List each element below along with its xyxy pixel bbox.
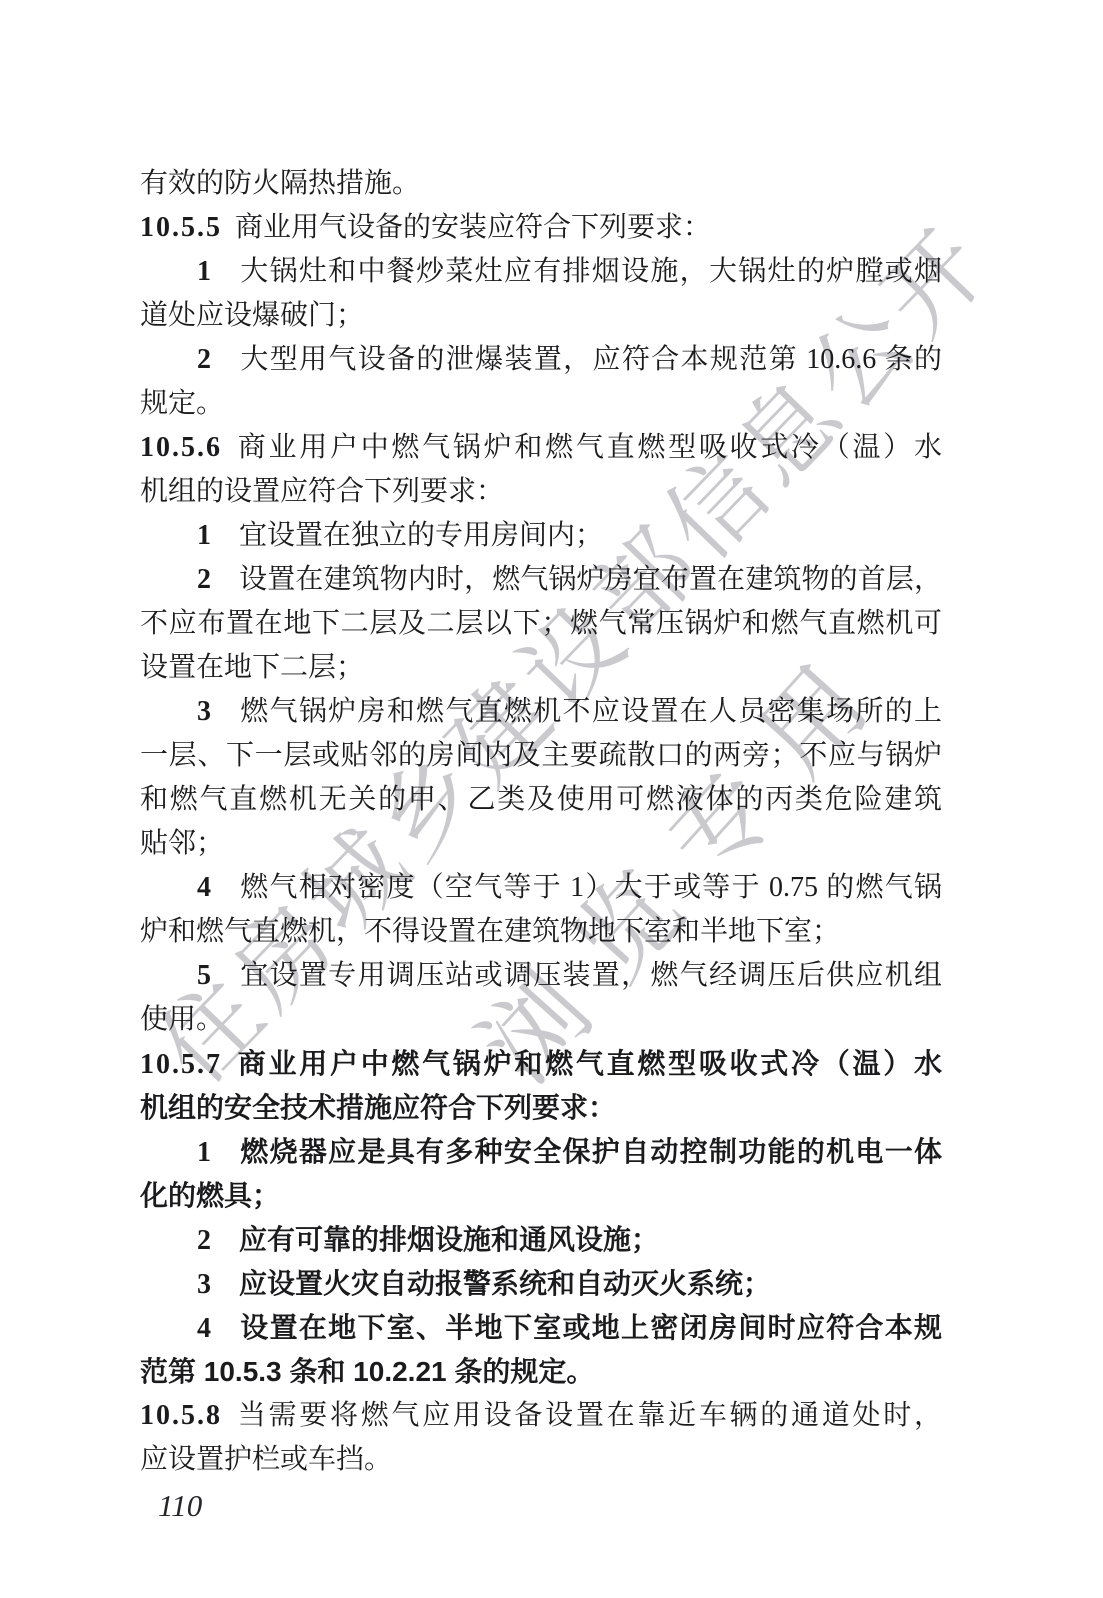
clause-text: 不应布置在地下二层及二层以下；燃气常压锅炉和燃气直燃机可 bbox=[140, 608, 942, 639]
text-line-13: 3燃气锅炉房和燃气直燃机不应设置在人员密集场所的上 bbox=[140, 690, 942, 734]
clause-text: 商业用气设备的安装应符合下列要求： bbox=[235, 212, 711, 243]
clause-number: 10.5.6 bbox=[140, 432, 222, 463]
clause-number: 4 bbox=[197, 872, 213, 903]
clause-number: 1 bbox=[197, 1137, 213, 1168]
text-line-6: 规定。 bbox=[140, 382, 942, 426]
clause-number: 10.5.5 bbox=[140, 212, 222, 243]
text-line-12: 设置在地下二层； bbox=[140, 646, 942, 690]
clause-text: 一层、下一层或贴邻的房间内及主要疏散口的两旁；不应与锅炉 bbox=[140, 740, 942, 771]
text-line-4: 道处应设爆破门； bbox=[140, 294, 942, 338]
clause-text: 和燃气直燃机无关的甲、乙类及使用可燃液体的丙类危险建筑 bbox=[140, 784, 942, 815]
clause-text: 设置在地下二层； bbox=[140, 652, 364, 683]
clause-number: 5 bbox=[197, 960, 213, 991]
text-line-5: 2大型用气设备的泄爆装置，应符合本规范第 10.6.6 条的 bbox=[140, 338, 942, 382]
text-line-11: 不应布置在地下二层及二层以下；燃气常压锅炉和燃气直燃机可 bbox=[140, 602, 942, 646]
text-line-21: 10.5.7商业用户中燃气锅炉和燃气直燃型吸收式冷（温）水 bbox=[140, 1042, 942, 1086]
text-line-9: 1宜设置在独立的专用房间内； bbox=[140, 514, 942, 558]
clause-text: 设置在建筑物内时，燃气锅炉房宜布置在建筑物的首层， bbox=[239, 564, 942, 595]
clause-text: 燃气相对密度（空气等于 1）大于或等于 0.75 的燃气锅 bbox=[239, 872, 942, 903]
clause-text: 道处应设爆破门； bbox=[140, 300, 364, 331]
clause-number: 2 bbox=[197, 344, 213, 375]
text-line-15: 和燃气直燃机无关的甲、乙类及使用可燃液体的丙类危险建筑 bbox=[140, 778, 942, 822]
text-line-26: 3应设置火灾自动报警系统和自动灭火系统； bbox=[140, 1262, 942, 1306]
clause-text: 炉和燃气直燃机，不得设置在建筑物地下室和半地下室； bbox=[140, 916, 840, 947]
clause-text: 商业用户中燃气锅炉和燃气直燃型吸收式冷（温）水 bbox=[235, 1048, 942, 1079]
clause-text: 贴邻； bbox=[140, 828, 224, 859]
clause-text: 燃烧器应是具有多种安全保护自动控制功能的机电一体 bbox=[239, 1136, 942, 1167]
clause-number: 3 bbox=[197, 1269, 213, 1300]
text-line-28: 范第 10.5.3 条和 10.2.21 条的规定。 bbox=[140, 1350, 942, 1394]
clause-text: 设置在地下室、半地下室或地上密闭房间时应符合本规 bbox=[239, 1312, 942, 1343]
clause-text: 机组的设置应符合下列要求： bbox=[140, 476, 504, 507]
text-line-16: 贴邻； bbox=[140, 822, 942, 866]
clause-number: 1 bbox=[197, 520, 213, 551]
text-line-17: 4燃气相对密度（空气等于 1）大于或等于 0.75 的燃气锅 bbox=[140, 866, 942, 910]
text-line-19: 5宜设置专用调压站或调压装置，燃气经调压后供应机组 bbox=[140, 954, 942, 998]
clause-text: 有效的防火隔热措施。 bbox=[140, 168, 420, 199]
text-line-3: 1大锅灶和中餐炒菜灶应有排烟设施，大锅灶的炉膛或烟 bbox=[140, 250, 942, 294]
clause-text: 应设置护栏或车挡。 bbox=[140, 1444, 392, 1475]
text-line-25: 2应有可靠的排烟设施和通风设施； bbox=[140, 1218, 942, 1262]
text-line-29: 10.5.8当需要将燃气应用设备设置在靠近车辆的通道处时， bbox=[140, 1394, 942, 1438]
clause-number: 3 bbox=[197, 696, 213, 727]
clause-text: 应设置火灾自动报警系统和自动灭火系统； bbox=[239, 1268, 771, 1299]
clause-text: 大锅灶和中餐炒菜灶应有排烟设施，大锅灶的炉膛或烟 bbox=[239, 256, 942, 287]
clause-number: 4 bbox=[197, 1313, 213, 1344]
page-number: 110 bbox=[158, 1488, 202, 1524]
text-line-30: 应设置护栏或车挡。 bbox=[140, 1438, 942, 1482]
clause-number: 10.5.7 bbox=[140, 1049, 222, 1080]
clause-number: 2 bbox=[197, 1225, 213, 1256]
text-line-7: 10.5.6商业用户中燃气锅炉和燃气直燃型吸收式冷（温）水 bbox=[140, 426, 942, 470]
clause-text: 大型用气设备的泄爆装置，应符合本规范第 10.6.6 条的 bbox=[239, 344, 942, 375]
text-line-27: 4设置在地下室、半地下室或地上密闭房间时应符合本规 bbox=[140, 1306, 942, 1350]
document-page: 住房城乡建设部信息公开 浏览专用 有效的防火隔热措施。10.5.5商业用气设备的… bbox=[0, 0, 1103, 1598]
clause-number: 1 bbox=[197, 256, 213, 287]
clause-text: 机组的安全技术措施应符合下列要求： bbox=[140, 1092, 616, 1123]
clause-text: 当需要将燃气应用设备设置在靠近车辆的通道处时， bbox=[235, 1400, 942, 1431]
clause-text: 燃气锅炉房和燃气直燃机不应设置在人员密集场所的上 bbox=[239, 696, 942, 727]
clause-text: 商业用户中燃气锅炉和燃气直燃型吸收式冷（温）水 bbox=[235, 432, 942, 463]
clause-text: 宜设置专用调压站或调压装置，燃气经调压后供应机组 bbox=[239, 960, 942, 991]
text-line-23: 1燃烧器应是具有多种安全保护自动控制功能的机电一体 bbox=[140, 1130, 942, 1174]
text-line-1: 有效的防火隔热措施。 bbox=[140, 162, 942, 206]
text-line-20: 使用。 bbox=[140, 998, 942, 1042]
clause-text: 化的燃具； bbox=[140, 1180, 280, 1211]
text-line-10: 2设置在建筑物内时，燃气锅炉房宜布置在建筑物的首层， bbox=[140, 558, 942, 602]
clause-number: 2 bbox=[197, 564, 213, 595]
clause-text: 应有可靠的排烟设施和通风设施； bbox=[239, 1224, 659, 1255]
text-line-8: 机组的设置应符合下列要求： bbox=[140, 470, 942, 514]
clause-text: 规定。 bbox=[140, 388, 224, 419]
clause-text: 范第 10.5.3 条和 10.2.21 条的规定。 bbox=[140, 1356, 594, 1387]
clause-number: 10.5.8 bbox=[140, 1400, 222, 1431]
clause-text: 宜设置在独立的专用房间内； bbox=[239, 520, 603, 551]
clause-text: 使用。 bbox=[140, 1004, 224, 1035]
text-line-22: 机组的安全技术措施应符合下列要求： bbox=[140, 1086, 942, 1130]
text-line-18: 炉和燃气直燃机，不得设置在建筑物地下室和半地下室； bbox=[140, 910, 942, 954]
text-line-14: 一层、下一层或贴邻的房间内及主要疏散口的两旁；不应与锅炉 bbox=[140, 734, 942, 778]
text-line-2: 10.5.5商业用气设备的安装应符合下列要求： bbox=[140, 206, 942, 250]
clause-text-block: 有效的防火隔热措施。10.5.5商业用气设备的安装应符合下列要求：1大锅灶和中餐… bbox=[140, 162, 942, 1482]
text-line-24: 化的燃具； bbox=[140, 1174, 942, 1218]
